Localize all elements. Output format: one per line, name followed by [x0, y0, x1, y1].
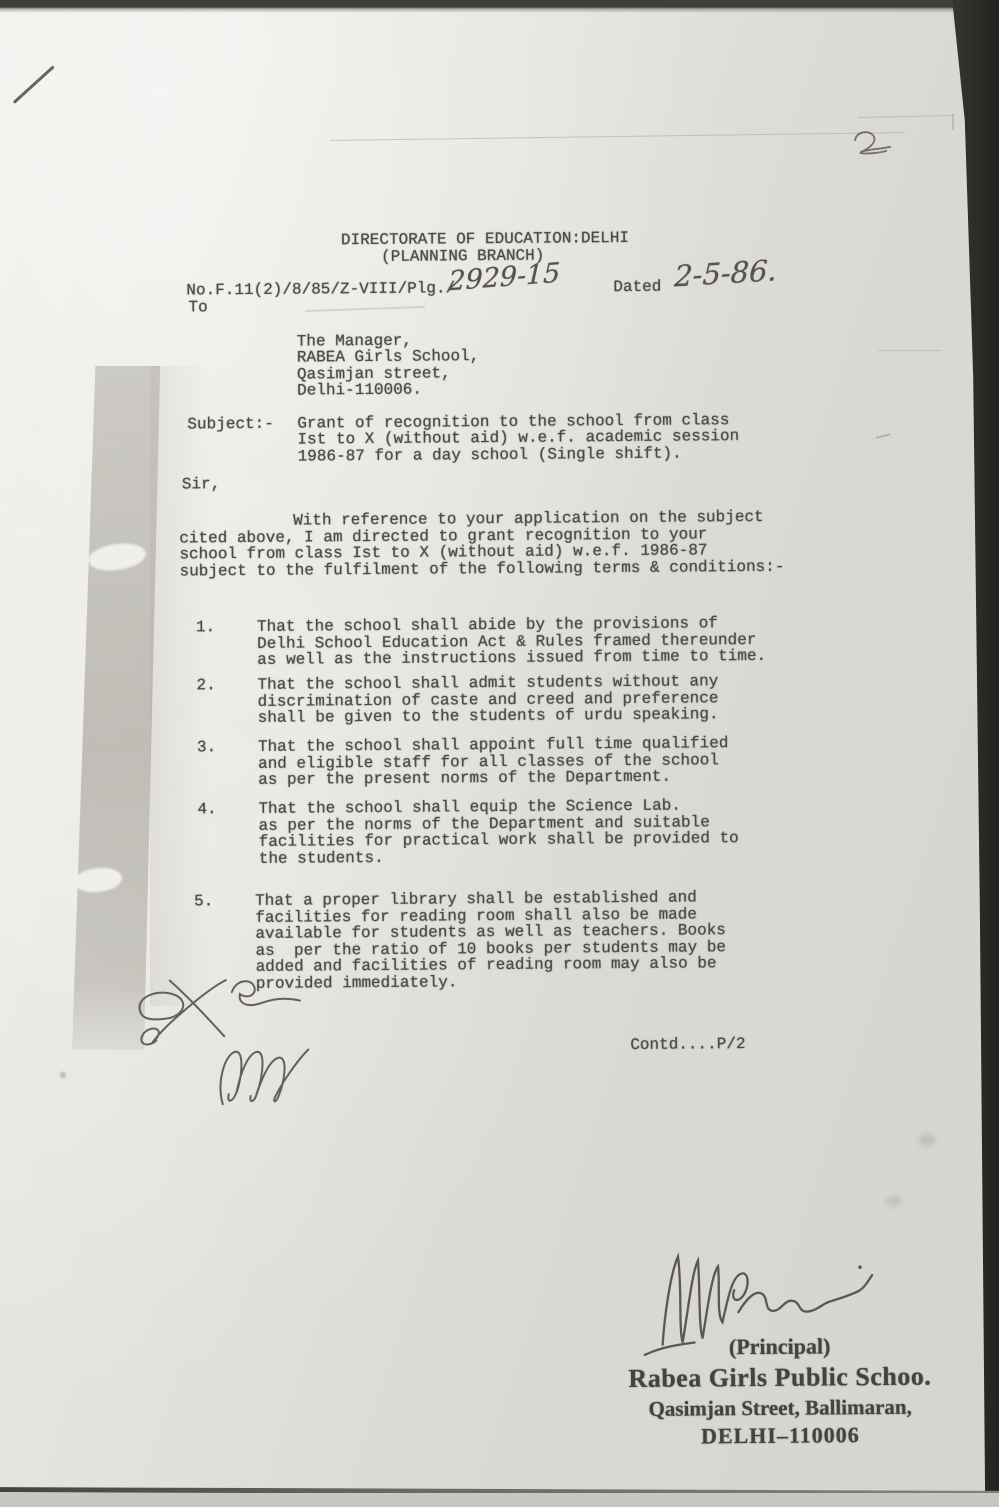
condition-number: 1.	[196, 619, 215, 635]
date-handwritten: 2-5-86.	[674, 253, 778, 293]
to-label: To	[188, 299, 207, 315]
condition-number: 4.	[197, 801, 216, 817]
scan-edge-bottom-pad	[0, 1493, 999, 1507]
flourish-scribble	[208, 1039, 329, 1120]
body-line: subject to the fulfilment of the followi…	[179, 559, 784, 580]
recipient-line: RABEA Girls School,	[297, 348, 480, 365]
subject-line: 1986-87 for a day school (Single shift).	[298, 446, 682, 465]
stamp-street: Qasimjan Street, Ballimaran,	[595, 1392, 965, 1423]
condition-line: as per the present norms of the Departme…	[258, 769, 671, 788]
stamp-city: DELHI–110006	[595, 1420, 965, 1451]
letterhead-org: DIRECTORATE OF EDUCATION:DELHI	[341, 230, 629, 248]
document-scan: DIRECTORATE OF EDUCATION:DELHI (PLANNING…	[0, 0, 999, 1507]
condition-number: 5.	[194, 893, 213, 909]
reference-number-typed: No.F.11(2)/8/85/Z-VIII/Plg./	[186, 280, 455, 298]
stamp-school-name: Rabea Girls Public Schoo.	[595, 1360, 965, 1395]
dated-label: Dated	[613, 279, 661, 295]
pen-slash	[9, 61, 59, 105]
letter-content: DIRECTORATE OF EDUCATION:DELHI (PLANNING…	[0, 0, 999, 1507]
condition-line: shall be given to the students of urdu s…	[258, 706, 719, 726]
condition-number: 2.	[196, 677, 215, 693]
scan-edge-top	[0, 0, 999, 13]
condition-line: facilities for practical work shall be p…	[259, 830, 739, 850]
subject-label: Subject:-	[187, 416, 274, 433]
salutation: Sir,	[182, 476, 221, 492]
continuation-note: Contd....P/2	[630, 1036, 745, 1053]
condition-line: the students.	[259, 850, 384, 867]
condition-number: 3.	[197, 739, 216, 755]
condition-line: added and facilities of reading room may…	[256, 955, 717, 975]
page-number-handwritten	[845, 125, 897, 163]
signature-scribble	[634, 1237, 895, 1364]
recipient-line: Delhi-110006.	[297, 382, 422, 399]
condition-line: as well as the instructions issued from …	[257, 648, 766, 668]
